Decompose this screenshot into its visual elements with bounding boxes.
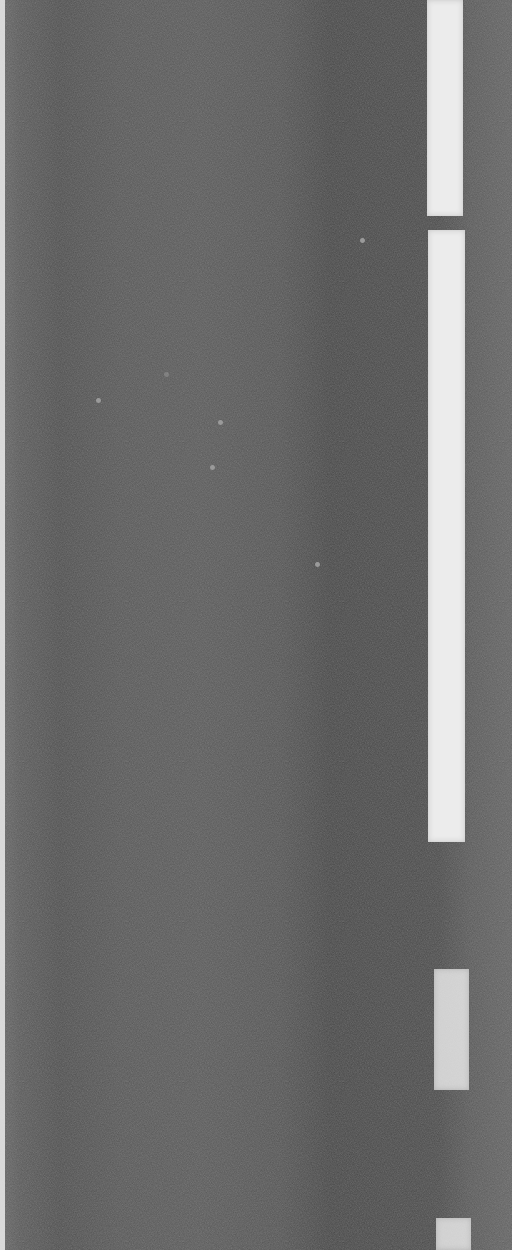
debris-spot <box>315 562 320 567</box>
lane-dash-2 <box>428 230 465 842</box>
debris-spot <box>96 398 101 403</box>
debris-spot <box>218 420 223 425</box>
debris-spot <box>360 238 365 243</box>
left-edge-line <box>0 0 5 1250</box>
lane-dash-4 <box>436 1218 471 1250</box>
lane-dash-1 <box>427 0 463 216</box>
lane-dash-3 <box>434 969 469 1090</box>
debris-spot <box>164 372 169 377</box>
debris-spot <box>210 465 215 470</box>
road-surface <box>0 0 512 1250</box>
